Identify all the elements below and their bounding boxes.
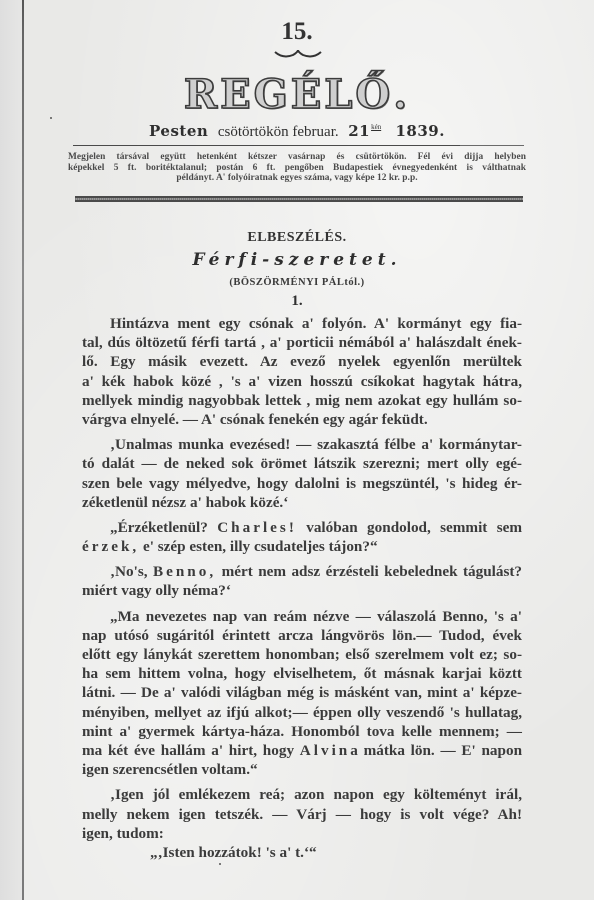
- text-line: tó dalát — de neked sok örömet látszik s…: [82, 454, 522, 473]
- author-byline: (BÖSZÖRMÉNYI PÁLtól.): [0, 277, 594, 288]
- spaced-word: érzek,: [82, 538, 139, 555]
- text-run: ma két éve hallám a' hirt, hogy: [82, 742, 294, 759]
- text-line: tal, dús öltözetű férfi tartá , a' porti…: [82, 333, 522, 352]
- text-run: „Érzéketlenül?: [110, 519, 208, 536]
- issue-number: 15.: [0, 18, 594, 46]
- spaced-name: Charles!: [217, 519, 297, 536]
- text-line: „Ma nevezetes nap van reám nézve — válas…: [82, 607, 522, 626]
- text-line: lő. Egy másik evezett. Az evező nyelek e…: [82, 352, 522, 371]
- ornament-swash-icon: [273, 49, 323, 61]
- text-run: mért nem adsz érzésteli kebelednek tágul…: [222, 563, 522, 580]
- dateline-city: Pesten: [149, 122, 208, 140]
- notice-line: képekkel 5 ft. boritéktalanul; postán 6 …: [68, 163, 526, 174]
- text-line: „Érzéketlenül? Charles! valóban gondolod…: [82, 518, 522, 537]
- text-line: ha sem hittem volna, hogy elviselhetem, …: [82, 664, 522, 683]
- text-run: e' szép esten, illy csudateljes tájon?“: [143, 538, 378, 555]
- text-line: Hintázva ment egy csónak a' folyón. A' k…: [82, 314, 522, 333]
- section-heading: ELBESZÉLÉS.: [0, 230, 594, 246]
- notice-line: példányt. A' folyóiratnak egyes száma, v…: [68, 173, 526, 184]
- text-line: ‚No's, Benno, mért nem adsz érzésteli ke…: [82, 562, 522, 581]
- text-line: igen szerencsétlen voltam.“: [82, 760, 522, 779]
- text-line: igen, tudom:: [82, 824, 522, 843]
- notice-line: Megjelen társával együtt hetenként kétsz…: [68, 152, 526, 163]
- story-title: Férfi-szeretet.: [0, 250, 594, 270]
- dateline-day: 21: [348, 122, 370, 140]
- chapter-number: 1.: [0, 293, 594, 310]
- header-rule: [73, 145, 460, 146]
- text-line: melly nekem igen tetszék. — Várj — hogy …: [82, 805, 522, 824]
- text-line: ‚Unalmas munka evezésed! — szakasztá fél…: [82, 435, 522, 454]
- text-line: miért vagy olly néma?‘: [82, 581, 522, 600]
- dateline-day-suffix: kén: [371, 123, 381, 131]
- masthead-title: REGÉLŐ.: [0, 72, 594, 118]
- text-line: látni. — De a' valódi világban még is má…: [82, 683, 522, 702]
- text-line: érzek, e' szép esten, illy csudateljes t…: [82, 537, 522, 556]
- text-line: mint a' gyermek kártya-háza. Honomból to…: [82, 722, 522, 741]
- verse-line: „‚Isten hozzátok! 's a' t.‘“: [82, 843, 522, 862]
- text-run: ‚No's,: [110, 563, 148, 580]
- dateline: Pesten csötörtökön februar. 21kén 1839.: [0, 118, 594, 141]
- dateline-weekday: csötörtökön februar.: [218, 124, 339, 140]
- ink-speck: [219, 863, 221, 865]
- text-run: valóban gondolod, semmit sem: [306, 519, 522, 536]
- text-line: előtt egy lánykát szerettem honomban; el…: [82, 645, 522, 664]
- header-rule-extension: [460, 145, 524, 146]
- newspaper-page: 15. REGÉLŐ. Pesten csötörtökön februar. …: [0, 0, 594, 900]
- article-body: Hintázva ment egy csónak a' folyón. A' k…: [82, 314, 522, 862]
- text-line: a' kék habok közé , 's a' vizen hosszú c…: [82, 372, 522, 391]
- text-line: ményiben, mellyet az ifjú alkot;— éppen …: [82, 703, 522, 722]
- spaced-name: Alvin: [300, 742, 350, 759]
- text-line: zéketlenül nézsz a' habok közé.‘: [82, 493, 522, 512]
- subscription-notice: Megjelen társával együtt hetenként kétsz…: [68, 152, 526, 184]
- text-line: nap utósó sugáritól érintett arcza lángv…: [82, 626, 522, 645]
- text-run: a mátka lön. — E' napon: [350, 742, 522, 759]
- text-line: szen bele vagy mélyedve, hogy dalolni is…: [82, 474, 522, 493]
- text-line: ‚Igen jól emlékezem reá; azon napon egy …: [82, 785, 522, 804]
- dateline-year: 1839.: [395, 122, 444, 140]
- double-rule: [75, 196, 523, 202]
- text-line: várgva elnyelé. — A' csónak fenekén egy …: [82, 410, 522, 429]
- text-line: mellyek mindig nagyobbak lettek , mig ne…: [82, 391, 522, 410]
- text-line: ma két éve hallám a' hirt, hogy Alvina m…: [82, 741, 522, 760]
- spaced-name: Benno,: [153, 563, 216, 580]
